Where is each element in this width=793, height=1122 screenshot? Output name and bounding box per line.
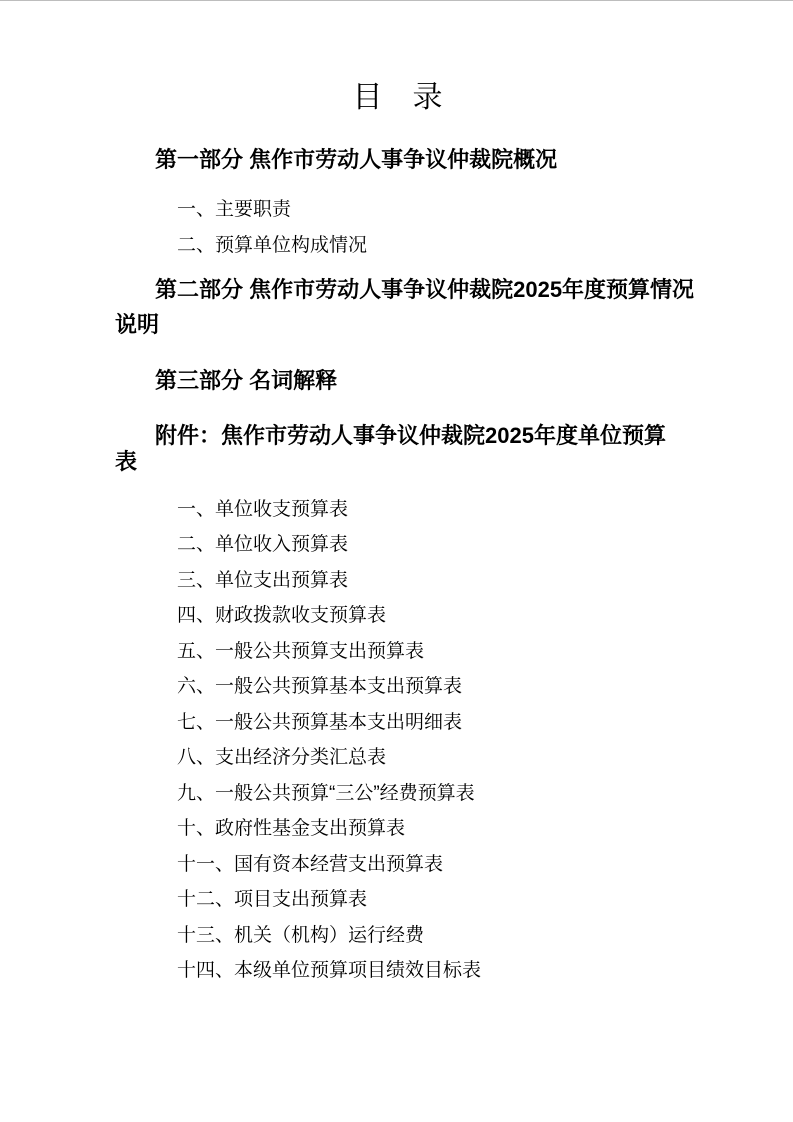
heading-part2: 第二部分 焦作市劳动人事争议仲裁院2025年度预算情况说明 <box>115 272 705 342</box>
heading-part3: 第三部分 名词解释 <box>115 368 680 394</box>
toc-item: 十、政府性基金支出预算表 <box>115 817 680 841</box>
toc-item: 七、一般公共预算基本支出明细表 <box>115 711 680 735</box>
toc-item: 六、一般公共预算基本支出预算表 <box>115 675 680 699</box>
toc-item: 一、单位收支预算表 <box>115 498 680 522</box>
toc-item: 九、一般公共预算“三公”经费预算表 <box>115 782 680 806</box>
toc-item: 十四、本级单位预算项目绩效目标表 <box>115 959 680 983</box>
toc-item: 二、单位收入预算表 <box>115 533 680 557</box>
toc-item: 五、一般公共预算支出预算表 <box>115 640 680 664</box>
toc-item: 一、主要职责 <box>115 198 680 222</box>
toc-item: 四、财政拨款收支预算表 <box>115 604 680 628</box>
toc-item: 三、单位支出预算表 <box>115 569 680 593</box>
heading-part1: 第一部分 焦作市劳动人事争议仲裁院概况 <box>115 147 680 173</box>
heading-attachment: 附件：焦作市劳动人事争议仲裁院2025年度单位预算表 <box>115 423 680 475</box>
toc-item: 八、支出经济分类汇总表 <box>115 746 680 770</box>
toc-item: 十三、机关（机构）运行经费 <box>115 924 680 948</box>
document-page: 目 录 第一部分 焦作市劳动人事争议仲裁院概况 一、主要职责 二、预算单位构成情… <box>0 0 793 1122</box>
attachment-item-list: 一、单位收支预算表 二、单位收入预算表 三、单位支出预算表 四、财政拨款收支预算… <box>115 498 680 984</box>
part1-item-list: 一、主要职责 二、预算单位构成情况 <box>115 198 680 258</box>
document-title: 目 录 <box>115 80 680 116</box>
toc-item: 二、预算单位构成情况 <box>115 234 680 258</box>
toc-item: 十一、国有资本经营支出预算表 <box>115 853 680 877</box>
toc-item: 十二、项目支出预算表 <box>115 888 680 912</box>
